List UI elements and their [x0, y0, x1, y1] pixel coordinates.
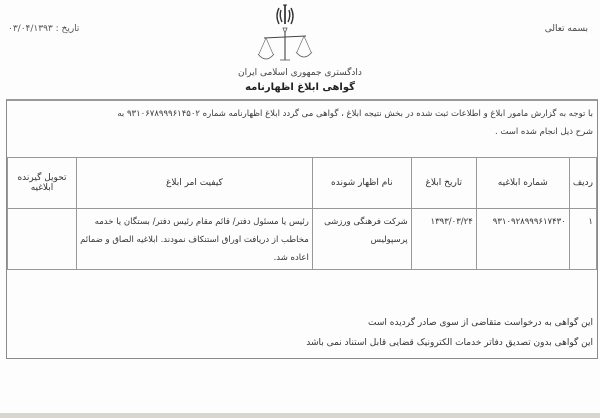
cell-delivery-quality: رئیس یا مسئول دفتر/ قائم مقام رئیس دفتر/…	[77, 209, 313, 270]
cell-row-number: ۱	[569, 209, 596, 270]
bismillah-heading: بسمه تعالی	[545, 24, 588, 34]
header-notice-date: تاریخ ابلاغ	[411, 158, 476, 209]
court-name: دادگستری جمهوری اسلامی ایران	[0, 68, 600, 78]
header-recipient-name: نام اظهار شونده	[312, 158, 411, 209]
page-title: گواهی ابلاغ اظهارنامه	[0, 82, 600, 93]
footer-note-1: این گواهی به درخواست متقاضی از سوی صادر …	[11, 313, 593, 333]
header-notice-number: شماره ابلاغیه	[476, 158, 569, 209]
footer-note-2: این گواهی بدون تصدیق دفاتر خدمات الکترون…	[11, 333, 593, 353]
table-row: ۱ ۹۳۱۰۹۲۸۹۹۹۶۱۷۴۳۰ ۱۳۹۳/۰۳/۲۴ شرکت فرهنگ…	[8, 209, 597, 270]
document-page: بسمه تعالی تاریخ : ۰۳/۰۴/۱۳۹۳	[0, 0, 600, 418]
table-header-row: ردیف شماره ابلاغیه تاریخ ابلاغ نام اظهار…	[8, 158, 597, 209]
document-date: تاریخ : ۰۳/۰۴/۱۳۹۳	[8, 24, 79, 34]
header-delivery-quality: کیفیت امر ابلاغ	[77, 158, 313, 209]
intro-line-2: شرح ذیل انجام شده است .	[11, 123, 593, 141]
header-receiver: تحویل گیرنده ابلاغیه	[8, 158, 77, 209]
cell-recipient-name: شرکت فرهنگی ورزشی پرسپولیس	[312, 209, 411, 270]
header-row-number: ردیف	[569, 158, 596, 209]
intro-line-1: با توجه به گزارش مامور ابلاغ و اطلاعات ث…	[11, 105, 593, 123]
cell-notice-date: ۱۳۹۳/۰۳/۲۴	[411, 209, 476, 270]
iran-judiciary-emblem-icon	[250, 2, 320, 68]
cell-receiver	[8, 209, 77, 270]
scan-bottom-edge	[0, 413, 600, 418]
cell-notice-number: ۹۳۱۰۹۲۸۹۹۹۶۱۷۴۳۰	[476, 209, 569, 270]
certificate-box: با توجه به گزارش مامور ابلاغ و اطلاعات ث…	[6, 99, 598, 359]
notice-table: ردیف شماره ابلاغیه تاریخ ابلاغ نام اظهار…	[7, 157, 597, 270]
intro-paragraph: با توجه به گزارش مامور ابلاغ و اطلاعات ث…	[11, 105, 593, 141]
footer-notes: این گواهی به درخواست متقاضی از سوی صادر …	[11, 313, 593, 353]
